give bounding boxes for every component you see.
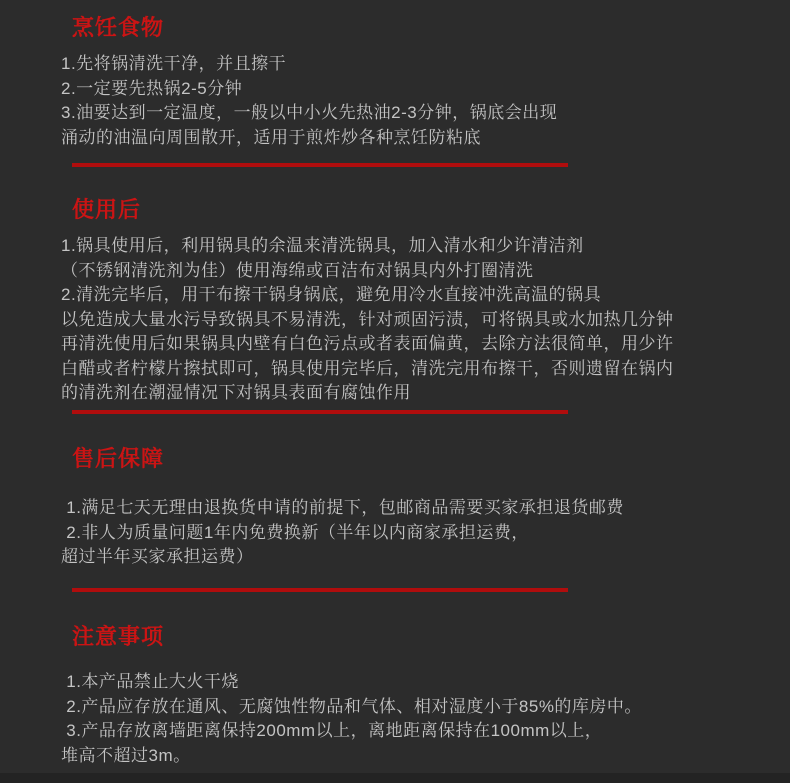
section-body-notice: 1.本产品禁止大火干烧 2.产品应存放在通风、无腐蚀性物品和气体、相对湿度小于8…	[61, 670, 750, 768]
text-line: 1.本产品禁止大火干烧	[61, 670, 750, 695]
text-line: 1.先将锅清洗干净，并且擦干	[61, 52, 750, 77]
section-body-after-use: 1.锅具使用后，利用锅具的余温来清洗锅具，加入清水和少许清洁剂 （不锈钢清洗剂为…	[61, 234, 750, 406]
text-line: 堆高不超过3m。	[61, 744, 750, 769]
section-divider	[72, 410, 568, 414]
text-line: 再清洗使用后如果锅具内壁有白色污点或者表面偏黄，去除方法很简单，用少许	[61, 332, 750, 357]
text-line: 的清洗剂在潮湿情况下对锅具表面有腐蚀作用	[61, 381, 750, 406]
text-line: 以免造成大量水污导致锅具不易清洗，针对顽固污渍，可将锅具或水加热几分钟	[61, 308, 750, 333]
section-title-after-use: 使用后	[72, 198, 141, 222]
text-line: 1.锅具使用后，利用锅具的余温来清洗锅具，加入清水和少许清洁剂	[61, 234, 750, 259]
text-line: 超过半年买家承担运费）	[61, 545, 750, 570]
text-line: 3.产品存放离墙距离保持200mm以上，离地距离保持在100mm以上，	[61, 719, 750, 744]
text-line: 3.油要达到一定温度，一般以中小火先热油2-3分钟，锅底会出现	[61, 101, 750, 126]
text-line: 2.一定要先热锅2-5分钟	[61, 77, 750, 102]
text-line: 2.产品应存放在通风、无腐蚀性物品和气体、相对湿度小于85%的库房中。	[61, 695, 750, 720]
section-body-cooking: 1.先将锅清洗干净，并且擦干 2.一定要先热锅2-5分钟 3.油要达到一定温度，…	[61, 52, 750, 150]
section-title-cooking: 烹饪食物	[72, 16, 164, 40]
text-line: 2.非人为质量问题1年内免费换新（半年以内商家承担运费，	[61, 521, 750, 546]
text-line: 涌动的油温向周围散开，适用于煎炸炒各种烹饪防粘底	[61, 126, 750, 151]
text-line: 白醋或者柠檬片擦拭即可，锅具使用完毕后，清洗完用布擦干，否则遗留在锅内	[61, 357, 750, 382]
text-line: （不锈钢清洗剂为佳）使用海绵或百洁布对锅具内外打圈清洗	[61, 259, 750, 284]
section-divider	[72, 163, 568, 167]
section-body-after-sales: 1.满足七天无理由退换货申请的前提下，包邮商品需要买家承担退货邮费 2.非人为质…	[61, 496, 750, 570]
text-line: 2.清洗完毕后，用干布擦干锅身锅底，避免用冷水直接冲洗高温的锅具	[61, 283, 750, 308]
text-line: 1.满足七天无理由退换货申请的前提下，包邮商品需要买家承担退货邮费	[61, 496, 750, 521]
section-title-notice: 注意事项	[72, 625, 164, 649]
section-title-after-sales: 售后保障	[72, 447, 164, 471]
section-divider	[72, 588, 568, 592]
bottom-strip	[0, 773, 790, 783]
product-detail-page: 烹饪食物 1.先将锅清洗干净，并且擦干 2.一定要先热锅2-5分钟 3.油要达到…	[0, 0, 790, 783]
